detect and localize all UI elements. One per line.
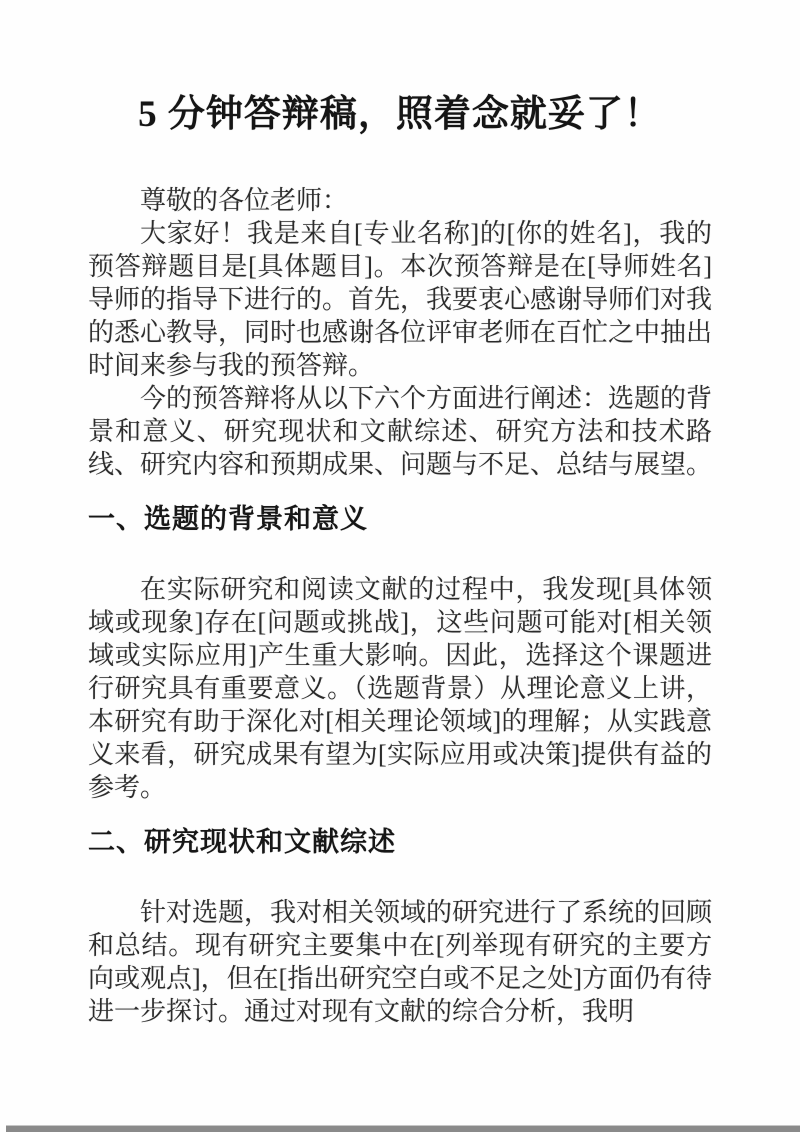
page-bottom-scan-edge (6, 1125, 800, 1132)
document-body: 尊敬的各位老师： 大家好！我是来自[专业名称]的[你的姓名]，我的预答辩题目是[… (88, 184, 712, 1028)
document-page: 5 分钟答辩稿，照着念就妥了！ 尊敬的各位老师： 大家好！我是来自[专业名称]的… (0, 0, 800, 1132)
salutation-line: 尊敬的各位老师： (88, 184, 712, 217)
section-1-heading: 一、选题的背景和意义 (88, 504, 712, 535)
section-2-heading: 二、研究现状和文献综述 (88, 827, 712, 858)
section-1-body: 在实际研究和阅读文献的过程中，我发现[具体领域或现象]存在[问题或挑战]，这些问… (88, 573, 712, 804)
intro-paragraph-1: 大家好！我是来自[专业名称]的[你的姓名]，我的预答辩题目是[具体题目]。本次预… (88, 217, 712, 382)
intro-paragraph-2: 今的预答辩将从以下六个方面进行阐述：选题的背景和意义、研究现状和文献综述、研究方… (88, 382, 712, 481)
section-2-body: 针对选题，我对相关领域的研究进行了系统的回顾和总结。现有研究主要集中在[列举现有… (88, 896, 712, 1028)
document-title: 5 分钟答辩稿，照着念就妥了！ (60, 92, 740, 138)
